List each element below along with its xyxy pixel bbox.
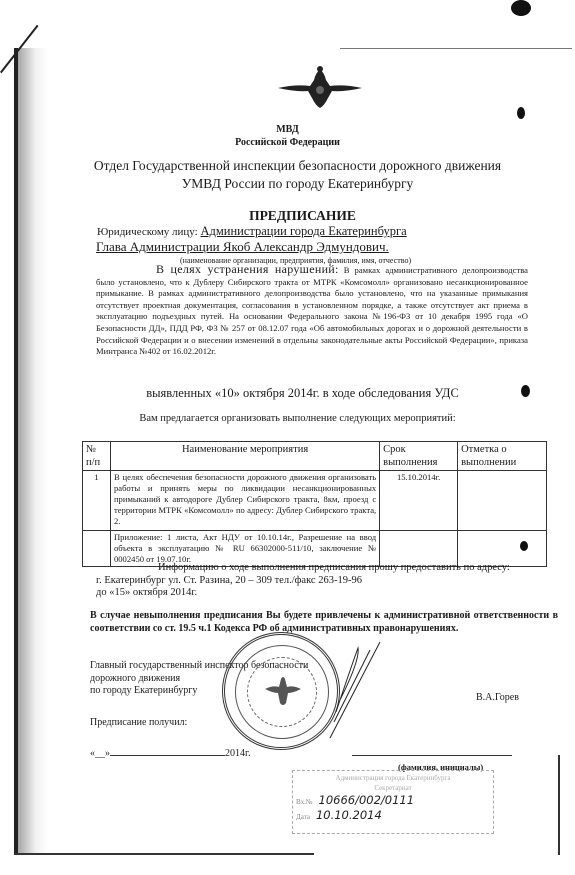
ink-blot bbox=[511, 0, 531, 16]
department-line-1: Отдел Государственной инспекции безопасн… bbox=[20, 157, 575, 175]
found-date-line: выявленных «10» октября 2014г. в ходе об… bbox=[0, 386, 575, 401]
row-completion-mark bbox=[458, 471, 547, 531]
stamp-date-label: Дата bbox=[296, 813, 310, 821]
department-line-2: УМВД России по городу Екатеринбургу bbox=[20, 175, 575, 193]
receipt-date-blank bbox=[110, 746, 225, 756]
handwritten-signature bbox=[300, 640, 390, 740]
stamp-reg-number: 10666/002/0111 bbox=[319, 793, 415, 807]
agency-name: МВД bbox=[0, 123, 575, 136]
offer-line: Вам предлагается организовать выполнение… bbox=[0, 413, 575, 424]
header-measure: Наименование мероприятия bbox=[110, 442, 379, 471]
agency-country: Российской Федерации bbox=[0, 136, 575, 149]
header-completion-mark: Отметка о выполнении bbox=[458, 442, 547, 471]
table-row: 1 В целях обеспечения безопасности дорож… bbox=[83, 471, 547, 531]
header-deadline: Срок выполнения bbox=[380, 442, 458, 471]
row-deadline: 15.10.2014г. bbox=[380, 471, 458, 531]
stamp-org-line-1: Администрация города Екатеринбурга bbox=[303, 774, 483, 782]
info-deadline: до «15» октября 2014г. bbox=[96, 587, 566, 600]
scan-edge-bottom bbox=[14, 853, 314, 855]
double-headed-eagle-icon bbox=[276, 64, 364, 110]
liability-warning: В случае невыполнения предписания Вы буд… bbox=[90, 609, 558, 635]
violation-description: В целях устранения нарушений: В рамках а… bbox=[96, 264, 528, 358]
addressee-organization: Администрации города Екатеринбурга bbox=[200, 224, 406, 238]
info-line-1: Информацию о ходе выполнения предписания… bbox=[158, 562, 510, 573]
scan-edge-right bbox=[558, 755, 560, 855]
receipt-year: 2014г. bbox=[225, 748, 250, 759]
received-label: Предписание получил: bbox=[90, 717, 187, 728]
document-page: МВД Российской Федерации Отдел Государст… bbox=[0, 0, 575, 875]
agency-header: МВД Российской Федерации bbox=[0, 123, 575, 149]
info-address: г. Екатеринбург ул. Ст. Разина, 20 – 309… bbox=[96, 575, 566, 588]
table-header-row: № п/п Наименование мероприятия Срок выпо… bbox=[83, 442, 547, 471]
recipient-signature-line bbox=[352, 755, 512, 756]
document-title: ПРЕДПИСАНИЕ bbox=[0, 208, 575, 224]
measures-table: № п/п Наименование мероприятия Срок выпо… bbox=[82, 441, 547, 567]
ink-blot bbox=[517, 107, 525, 119]
violation-body: В рамках административного делопроизводс… bbox=[96, 265, 528, 356]
violation-lead: В целях устранения нарушений: bbox=[156, 262, 339, 276]
scan-edge-top bbox=[340, 48, 572, 49]
department-header: Отдел Государственной инспекции безопасн… bbox=[0, 157, 575, 193]
signer-name: В.А.Горев bbox=[476, 692, 519, 703]
stamp-reg-number-row: Вх.№10666/002/0111 bbox=[296, 793, 414, 807]
addressee-head: Глава Администрации Якоб Александр Эдмун… bbox=[96, 239, 389, 255]
stamp-reg-label: Вх.№ bbox=[296, 798, 313, 806]
row-number: 1 bbox=[83, 471, 111, 531]
stamp-org-line-2: Секретариат bbox=[313, 784, 473, 792]
addressee-label: Юридическому лицу: bbox=[97, 226, 200, 238]
incoming-registration-stamp: Администрация города Екатеринбурга Секре… bbox=[292, 770, 494, 834]
receipt-day: «__» bbox=[90, 748, 110, 759]
addressee-line: Юридическому лицу: Администрации города … bbox=[97, 224, 407, 239]
header-number: № п/п bbox=[83, 442, 111, 471]
row-measure: В целях обеспечения безопасности дорожно… bbox=[110, 471, 379, 531]
report-instructions: Информацию о ходе выполнения предписания… bbox=[96, 562, 566, 600]
receipt-date-line: «__»2014г. bbox=[90, 746, 250, 759]
stamp-date: 10.10.2014 bbox=[316, 808, 382, 822]
stamp-date-row: Дата10.10.2014 bbox=[296, 808, 382, 822]
